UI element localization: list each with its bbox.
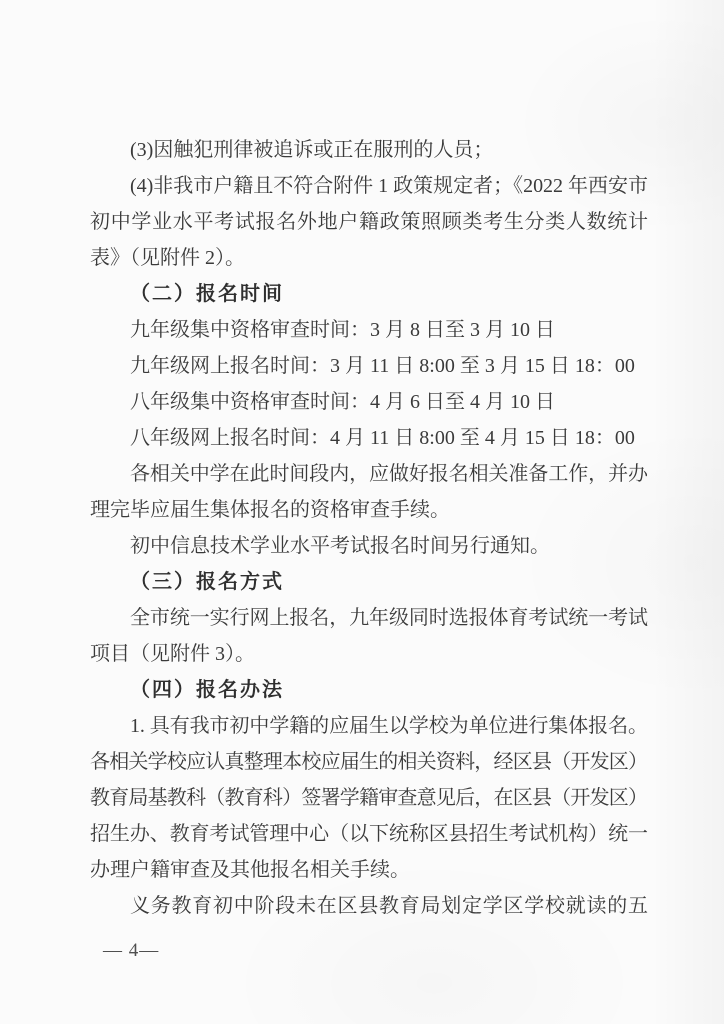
text-line: 八年级网上报名时间：4 月 11 日 8:00 至 4 月 15 日 18：00 xyxy=(90,420,648,456)
text-line-content: 全市统一实行网上报名，九年级同时选报体育考试统一考试 xyxy=(130,600,648,636)
text-line: 九年级网上报名时间：3 月 11 日 8:00 至 3 月 15 日 18：00 xyxy=(90,348,648,384)
text-line: (3)因触犯刑律被追诉或正在服刑的人员； xyxy=(90,132,648,168)
text-line: 各相关中学在此时间段内，应做好报名相关准备工作，并办 xyxy=(90,456,648,492)
text-line-content: (4)非我市户籍且不符合附件 1 政策规定者；《2022 年西安市 xyxy=(130,168,648,204)
text-line-content: 九年级集中资格审查时间：3 月 8 日至 3 月 10 日 xyxy=(130,312,555,348)
section-heading: （四）报名办法 xyxy=(90,672,648,708)
text-line-content: 各相关学校应认真整理本校应届生的相关资料，经区县（开发区） xyxy=(90,744,647,780)
text-line-content: 初中信息技术学业水平考试报名时间另行通知。 xyxy=(130,528,550,564)
text-line: 办理户籍审查及其他报名相关手续。 xyxy=(90,852,648,888)
text-line-content: 项目（见附件 3）。 xyxy=(90,636,255,672)
text-line: 初中学业水平考试报名外地户籍政策照顾类考生分类人数统计 xyxy=(90,204,648,240)
text-line-content: 各相关中学在此时间段内，应做好报名相关准备工作，并办 xyxy=(130,456,648,492)
text-line-content: (3)因触犯刑律被追诉或正在服刑的人员； xyxy=(130,132,493,168)
text-line: 初中信息技术学业水平考试报名时间另行通知。 xyxy=(90,528,648,564)
section-heading: （三）报名方式 xyxy=(90,564,648,600)
document-body: (3)因触犯刑律被追诉或正在服刑的人员；(4)非我市户籍且不符合附件 1 政策规… xyxy=(90,132,648,924)
page-number: — 4— xyxy=(103,936,159,966)
text-line-content: 教育局基教科（教育科）签署学籍审查意见后，在区县（开发区） xyxy=(90,780,647,816)
text-line: 义务教育初中阶段未在区县教育局划定学区学校就读的五 xyxy=(90,888,648,924)
text-line: 表》（见附件 2）。 xyxy=(90,240,648,276)
text-line-content: 办理户籍审查及其他报名相关手续。 xyxy=(90,852,410,888)
text-line: (4)非我市户籍且不符合附件 1 政策规定者；《2022 年西安市 xyxy=(90,168,648,204)
text-line: 理完毕应届生集体报名的资格审查手续。 xyxy=(90,492,648,528)
text-line: 1. 具有我市初中学籍的应届生以学校为单位进行集体报名。 xyxy=(90,708,648,744)
text-line-content: 1. 具有我市初中学籍的应届生以学校为单位进行集体报名。 xyxy=(130,708,648,744)
text-line-content: 理完毕应届生集体报名的资格审查手续。 xyxy=(90,492,450,528)
document-page: (3)因触犯刑律被追诉或正在服刑的人员；(4)非我市户籍且不符合附件 1 政策规… xyxy=(0,0,724,1024)
section-heading: （二）报名时间 xyxy=(90,276,648,312)
text-line: 八年级集中资格审查时间：4 月 6 日至 4 月 10 日 xyxy=(90,384,648,420)
text-line-content: （三）报名方式 xyxy=(130,564,284,600)
text-line-content: 初中学业水平考试报名外地户籍政策照顾类考生分类人数统计 xyxy=(90,204,649,240)
text-line-content: 表》（见附件 2）。 xyxy=(90,240,245,276)
text-line-content: 义务教育初中阶段未在区县教育局划定学区学校就读的五 xyxy=(130,888,649,924)
text-line: 全市统一实行网上报名，九年级同时选报体育考试统一考试 xyxy=(90,600,648,636)
text-line-content: 九年级网上报名时间：3 月 11 日 8:00 至 3 月 15 日 18：00 xyxy=(130,348,635,384)
text-line: 各相关学校应认真整理本校应届生的相关资料，经区县（开发区） xyxy=(90,744,648,780)
text-line: 项目（见附件 3）。 xyxy=(90,636,648,672)
text-line: 招生办、教育考试管理中心（以下统称区县招生考试机构）统一 xyxy=(90,816,648,852)
text-line-content: 八年级网上报名时间：4 月 11 日 8:00 至 4 月 15 日 18：00 xyxy=(130,420,635,456)
text-line: 九年级集中资格审查时间：3 月 8 日至 3 月 10 日 xyxy=(90,312,648,348)
text-line-content: 招生办、教育考试管理中心（以下统称区县招生考试机构）统一 xyxy=(90,816,648,852)
text-line-content: （二）报名时间 xyxy=(130,276,284,312)
text-line-content: （四）报名办法 xyxy=(130,672,284,708)
text-line: 教育局基教科（教育科）签署学籍审查意见后，在区县（开发区） xyxy=(90,780,648,816)
text-line-content: 八年级集中资格审查时间：4 月 6 日至 4 月 10 日 xyxy=(130,384,555,420)
